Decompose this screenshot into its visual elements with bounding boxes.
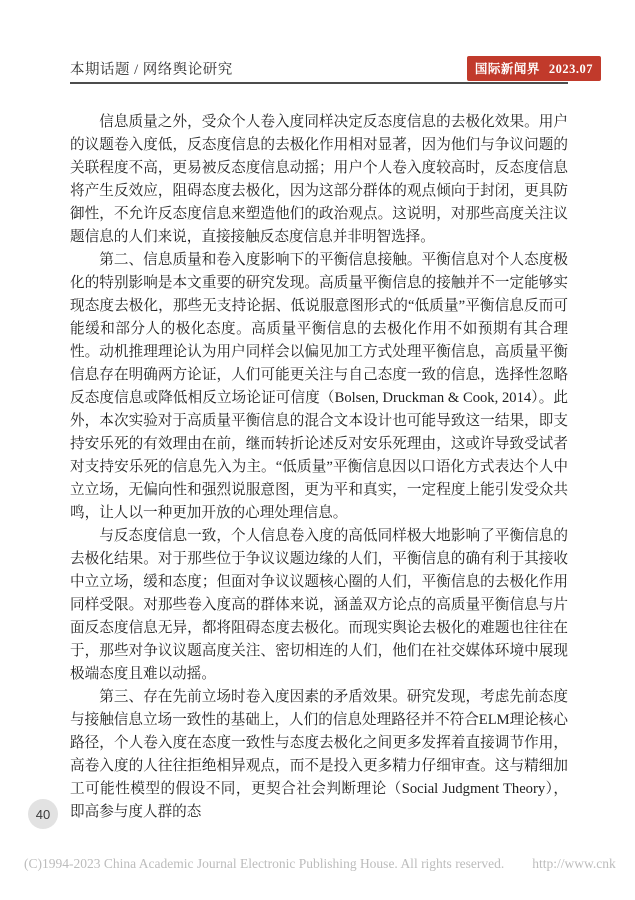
- paragraph-4: 第三、存在先前立场时卷入度因素的矛盾效果。研究发现，考虑先前态度与接触信息立场一…: [70, 686, 568, 824]
- header-divider: [70, 82, 568, 84]
- copyright-url: http://www.cnk: [532, 856, 616, 871]
- journal-issue-date: 2023.07: [549, 62, 593, 76]
- paragraph-1: 信息质量之外，受众个人卷入度同样决定反态度信息的去极化效果。用户的议题卷入度低，…: [70, 111, 568, 249]
- journal-issue-badge: 国际新闻界2023.07: [467, 56, 601, 81]
- paragraph-3: 与反态度信息一致，个人信息卷入度的高低同样极大地影响了平衡信息的去极化结果。对于…: [70, 525, 568, 686]
- copyright-footer: (C)1994-2023 China Academic Journal Elec…: [24, 856, 635, 872]
- copyright-text: (C)1994-2023 China Academic Journal Elec…: [24, 856, 504, 871]
- document-page: 本期话题 / 网络舆论研究 国际新闻界2023.07 信息质量之外，受众个人卷入…: [0, 0, 635, 900]
- article-body: 信息质量之外，受众个人卷入度同样决定反态度信息的去极化效果。用户的议题卷入度低，…: [70, 111, 568, 824]
- page-number-badge: 40: [28, 799, 58, 829]
- header-topic-label: 本期话题 / 网络舆论研究: [70, 58, 233, 79]
- journal-name: 国际新闻界: [475, 62, 540, 76]
- paragraph-2: 第二、信息质量和卷入度影响下的平衡信息接触。平衡信息对个人态度极化的特别影响是本…: [70, 249, 568, 525]
